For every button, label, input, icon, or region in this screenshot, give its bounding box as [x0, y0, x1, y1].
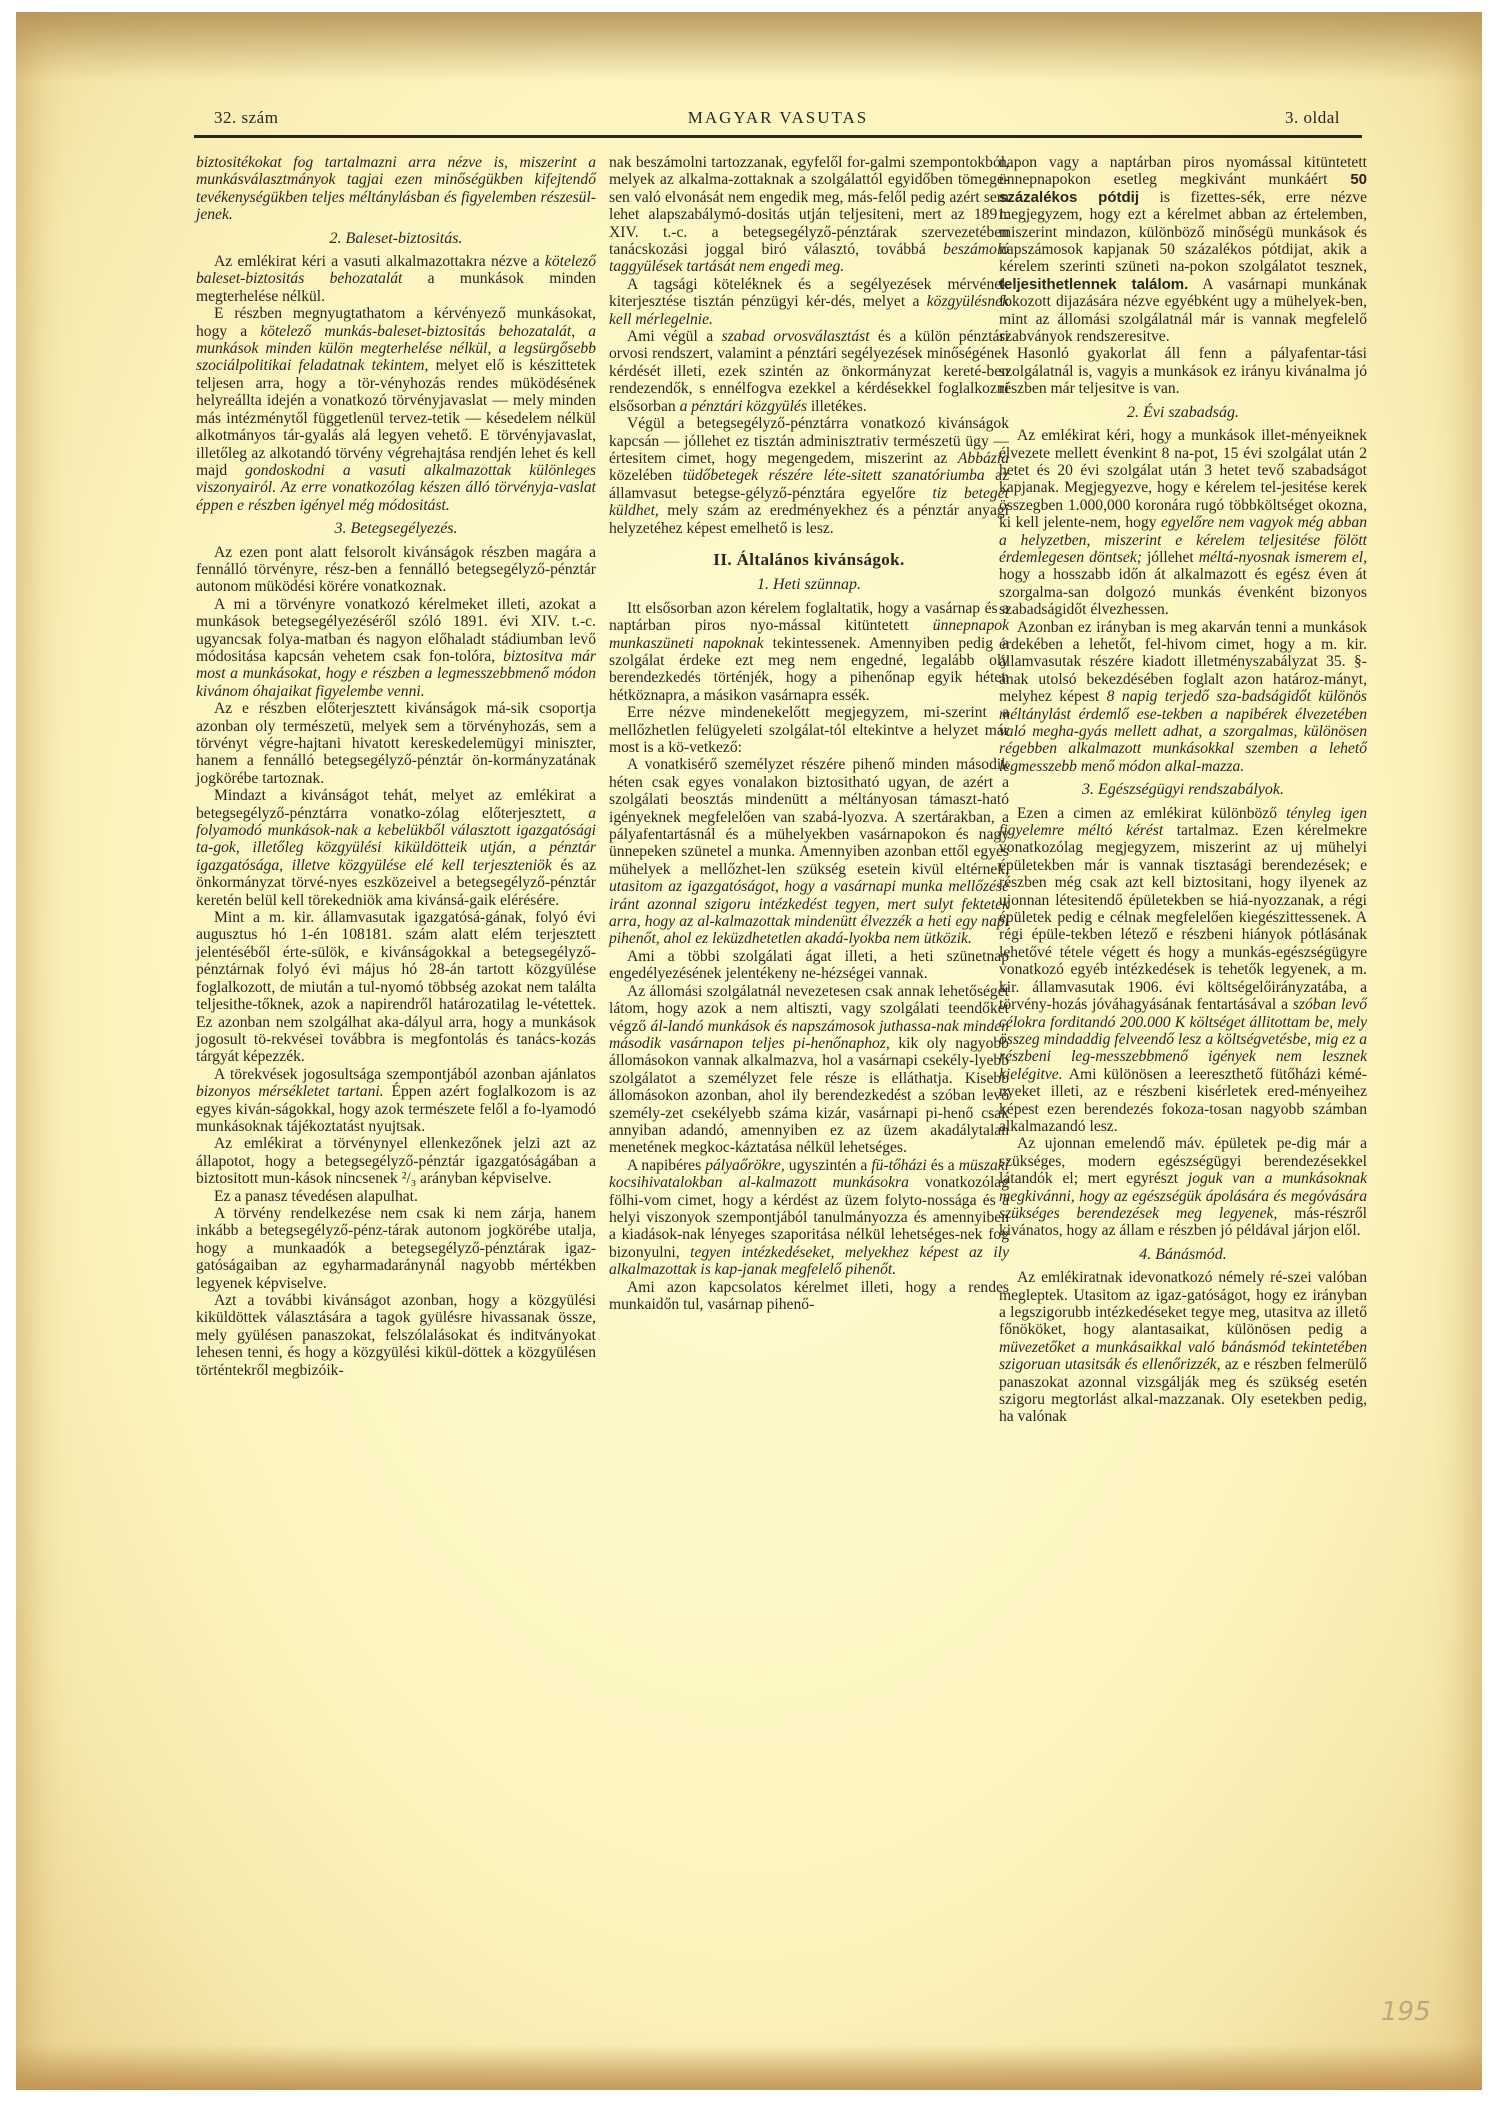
- paragraph: Végül a betegsegélyző-pénztárra vonatkoz…: [609, 415, 1009, 537]
- paragraph: A mi a törvényre vonatkozó kérelmeket il…: [196, 596, 596, 700]
- italic-run: 2. Évi szabadság.: [1127, 404, 1239, 421]
- text-run: A vonatkisérő személyzet részére pihenő …: [609, 756, 1009, 877]
- paragraph: Itt elsősorban azon kérelem foglaltatik,…: [609, 600, 1009, 704]
- text-run: A törvény rendelkezése nem csak ki nem z…: [196, 1205, 596, 1292]
- section-heading: II. Általános kivánságok.: [609, 551, 1009, 568]
- text-run: 2.: [330, 230, 346, 247]
- text-run: Ami a többi szolgálati ágat illeti, a he…: [609, 948, 1009, 982]
- text-run: Az emlékirat kéri a vasuti alkalmazottak…: [214, 253, 545, 270]
- paragraph: Az emlékiratnak idevonatkozó némely ré-s…: [999, 1269, 1367, 1426]
- text-run: hogy a hosszabb időn át alkalmazott és e…: [999, 566, 1367, 618]
- text-run: Ezen a cimen az emlékirat különböző: [1017, 805, 1286, 822]
- italic-run: pályaőrökre,: [705, 1157, 785, 1174]
- paragraph: Ezen a cimen az emlékirat különböző tény…: [999, 805, 1367, 1136]
- text-run: melyet elő is készittetek teljesen arra,…: [196, 357, 596, 478]
- italic-run: 3. Betegsegélyezés.: [334, 520, 457, 537]
- page-header: 32. szám MAGYAR VASUTAS 3. oldal: [194, 104, 1362, 132]
- paragraph: A vonatkisérő személyzet részére pihenő …: [609, 756, 1009, 947]
- pencil-annotation: 195: [1381, 1997, 1431, 2027]
- text-run: tartalmaz. Ezen kérelmekre vonatkozólag …: [999, 822, 1367, 1013]
- text-run: és a: [927, 1157, 959, 1174]
- italic-run: méltá-nyosnak ismerem el,: [1199, 549, 1367, 566]
- italic-run: tüdőbetegek részére léte-sitett szanatór…: [683, 467, 985, 484]
- italic-run: 4. Bánásmód.: [1139, 1246, 1227, 1263]
- paragraph: napon vagy a naptárban piros nyomással k…: [999, 154, 1367, 345]
- paragraph: Ami a többi szolgálati ágat illeti, a he…: [609, 948, 1009, 983]
- section-heading: 4. Bánásmód.: [999, 1246, 1367, 1263]
- italic-run: szabad orvosválasztást: [722, 328, 870, 345]
- italic-run: fü-tőházi: [871, 1157, 926, 1174]
- italic-run: bizonyos mérsékletet tartani.: [196, 1083, 384, 1100]
- page-number: 3. oldal: [1285, 108, 1340, 128]
- text-run: Azt a további kivánságot azonban, hogy a…: [196, 1292, 596, 1379]
- paragraph: A törekvések jogosultsága szempontjából …: [196, 1066, 596, 1136]
- section-heading: 2. Évi szabadság.: [999, 404, 1367, 421]
- italic-run: 3. Egészségügyi rendszabályok.: [1082, 781, 1284, 798]
- paragraph: biztositékokat fog tartalmazni arra nézv…: [196, 154, 596, 224]
- section-heading: 1. Heti szünnap.: [609, 576, 1009, 593]
- text-run: ugyszintén a: [785, 1157, 872, 1174]
- column-right: napon vagy a naptárban piros nyomással k…: [999, 154, 1367, 1426]
- text-run: Az emlékiratnak idevonatkozó némely ré-s…: [999, 1269, 1367, 1338]
- italic-run: utasitom az igazgatóságot, hogy a vasárn…: [609, 878, 1009, 947]
- paragraph: Ami azon kapcsolatos kérelmet illeti, ho…: [609, 1279, 1009, 1314]
- paragraph: Az állomási szolgálatnál nevezetesen csa…: [609, 983, 1009, 1157]
- text-run: A törekvések jogosultsága szempontjából …: [214, 1066, 596, 1083]
- text-run: Az emlékirat a törvénynyel ellenkezőnek …: [196, 1135, 596, 1187]
- paragraph: Az emlékirat a törvénynyel ellenkezőnek …: [196, 1135, 596, 1187]
- header-rule: [194, 135, 1362, 138]
- text-run: napon vagy a naptárban piros nyomással k…: [999, 154, 1367, 188]
- text-run: mely szám az eredményekhez és a pénztár …: [609, 502, 1009, 536]
- italic-run: Baleset-biztositás.: [346, 230, 463, 247]
- italic-run: biztositékokat fog tartalmazni arra nézv…: [196, 154, 596, 223]
- bold-run: teljesithetlennek találom.: [999, 276, 1188, 293]
- paragraph: Azonban ez irányban is meg akarván tenni…: [999, 619, 1367, 776]
- text-run: jóllehet: [1142, 549, 1199, 566]
- paragraph: Hasonló gyakorlat áll fenn a pályafentar…: [999, 345, 1367, 397]
- text-run: A napibéres: [627, 1157, 705, 1174]
- paragraph: Ez a panasz tévedésen alapulhat.: [196, 1188, 596, 1205]
- paragraph: Az emlékirat kéri, hogy a munkások illet…: [999, 427, 1367, 618]
- section-heading: 3. Egészségügyi rendszabályok.: [999, 781, 1367, 798]
- paragraph: A tagsági köteléknek és a segélyezések m…: [609, 276, 1009, 328]
- paragraph: Azt a további kivánságot azonban, hogy a…: [196, 1292, 596, 1379]
- text-run: Végül a betegsegélyző-pénztárra vonatkoz…: [609, 415, 1009, 467]
- text-run: II. Általános kivánságok.: [713, 550, 904, 569]
- text-run: Ami azon kapcsolatos kérelmet illeti, ho…: [609, 1279, 1009, 1313]
- text-run: Hasonló gyakorlat áll fenn a pályafentar…: [999, 345, 1367, 397]
- paragraph: A törvény rendelkezése nem csak ki nem z…: [196, 1205, 596, 1292]
- paragraph: Mindazt a kivánságot tehát, melyet az em…: [196, 787, 596, 909]
- text-run: Az e részben előterjesztett kivánságok m…: [196, 700, 596, 787]
- paragraph: Erre nézve mindenekelőtt megjegyzem, mi-…: [609, 704, 1009, 756]
- paragraph: Az emlékirat kéri a vasuti alkalmazottak…: [196, 253, 596, 305]
- text-run: Mindazt a kivánságot tehát, melyet az em…: [196, 787, 596, 821]
- column-middle: nak beszámolni tartozzanak, egyfelől for…: [609, 154, 1009, 1313]
- paragraph: Mint a m. kir. államvasutak igazgatósá-g…: [196, 909, 596, 1066]
- text-run: Ez a panasz tévedésen alapulhat.: [214, 1188, 418, 1205]
- text-run: kik oly nagyobb állomásokon vannak alkal…: [609, 1035, 1009, 1156]
- paragraph: Az ezen pont alatt felsorolt kivánságok …: [196, 544, 596, 596]
- paragraph: Az e részben előterjesztett kivánságok m…: [196, 700, 596, 787]
- paragraph: nak beszámolni tartozzanak, egyfelől for…: [609, 154, 1009, 276]
- text-run: illetékes.: [807, 398, 867, 415]
- text-run: Erre nézve mindenekelőtt megjegyzem, mi-…: [609, 704, 1009, 756]
- newspaper-page: 32. szám MAGYAR VASUTAS 3. oldal biztosi…: [16, 12, 1482, 2090]
- text-run: Mint a m. kir. államvasutak igazgatósá-g…: [196, 909, 596, 1065]
- paragraph: Az ujonnan emelendő máv. épületek pe-dig…: [999, 1135, 1367, 1239]
- paragraph: A napibéres pályaőrökre, ugyszintén a fü…: [609, 1157, 1009, 1279]
- section-heading: 3. Betegsegélyezés.: [196, 520, 596, 537]
- newspaper-title: MAGYAR VASUTAS: [194, 108, 1362, 128]
- italic-run: gondoskodni a vasuti alkalmazottak külön…: [196, 462, 596, 514]
- text-run: Az ezen pont alatt felsorolt kivánságok …: [196, 544, 596, 596]
- italic-run: 1. Heti szünnap.: [757, 576, 861, 593]
- section-heading: 2. Baleset-biztositás.: [196, 230, 596, 247]
- italic-run: a pénztári közgyülés: [680, 398, 807, 415]
- paragraph: E részben megnyugtathatom a kérvényező m…: [196, 305, 596, 514]
- paragraph: Ami végül a szabad orvosválasztást és a …: [609, 328, 1009, 415]
- column-left: biztositékokat fog tartalmazni arra nézv…: [196, 154, 596, 1379]
- text-run: Ami végül a: [627, 328, 722, 345]
- text-run: közelében: [609, 467, 683, 484]
